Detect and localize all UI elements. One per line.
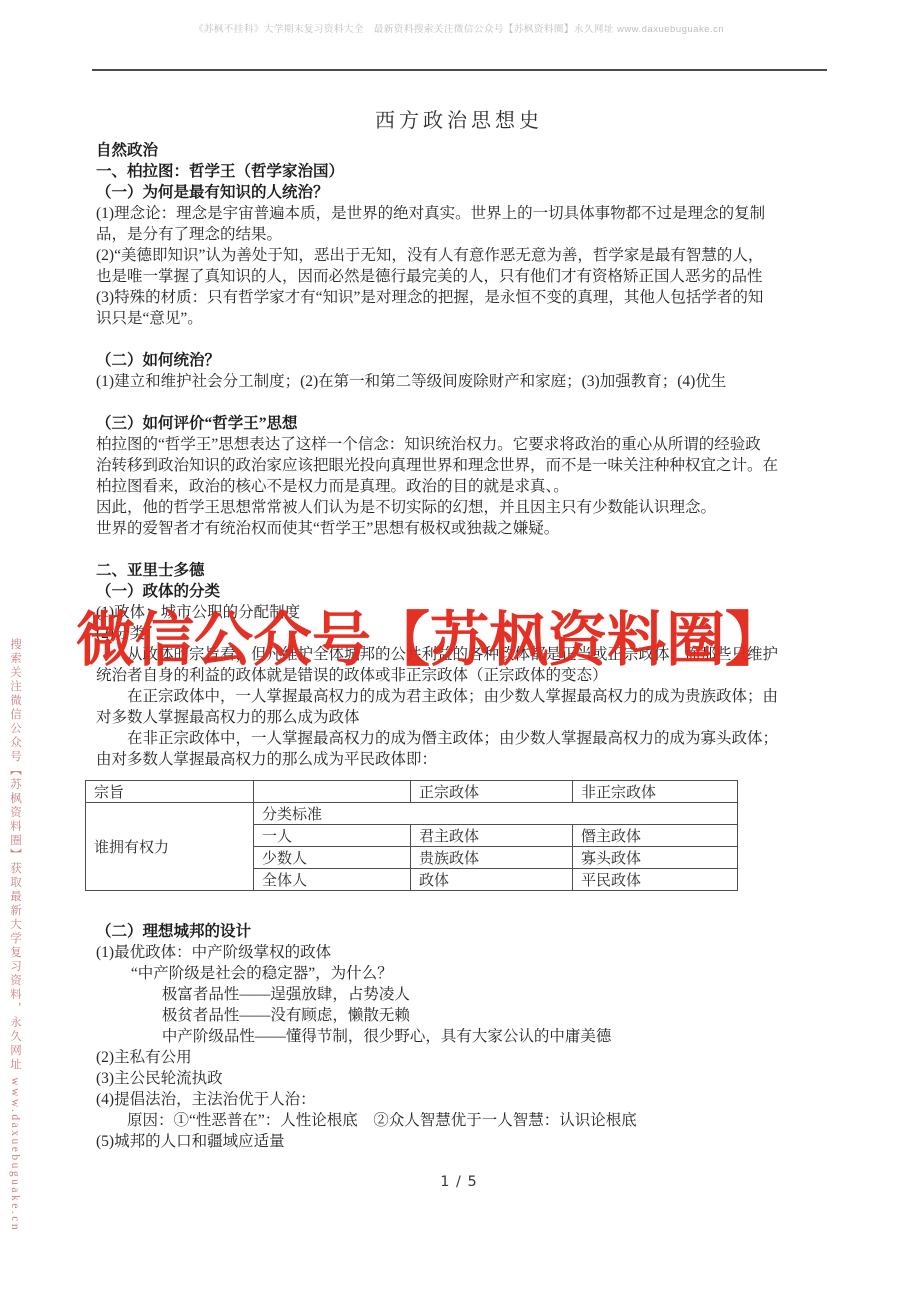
text-line: 柏拉图的“哲学王”思想表达了这样一个信念：知识统治权力。它要求将政治的重心从所谓… bbox=[96, 434, 836, 455]
text-line: (1)最优政体：中产阶级掌权的政体 bbox=[96, 942, 836, 963]
table-cell: 分类标准 bbox=[254, 803, 738, 825]
heading-line: （三）如何评价“哲学王”思想 bbox=[96, 413, 836, 434]
red-watermark: 微信公众号【苏枫资料圈】 bbox=[76, 592, 784, 677]
table-row: 谁拥有权力分类标准 bbox=[86, 803, 738, 825]
heading-line: （二）理想城邦的设计 bbox=[96, 921, 836, 942]
text-line: “中产阶级是社会的稳定器”，为什么？ bbox=[96, 963, 836, 984]
table-cell: 一人 bbox=[254, 825, 411, 847]
table-cell bbox=[254, 781, 411, 803]
text-line: (3)特殊的材质：只有哲学家才有“知识”是对理念的把握，是永恒不变的真理，其他人… bbox=[96, 287, 836, 308]
text-line: 在非正宗政体中，一人掌握最高权力的成为僭主政体；由少数人掌握最高权力的成为寡头政… bbox=[96, 728, 836, 749]
text-line: 也是唯一掌握了真知识的人，因而必然是德行最完美的人，只有他们才有资格矫正国人恶劣… bbox=[96, 266, 836, 287]
heading-line: 二、亚里士多德 bbox=[96, 560, 836, 581]
text-line: 极富者品性——逞强放肆，占势凌人 bbox=[96, 984, 836, 1005]
header-divider bbox=[92, 69, 827, 71]
text-line: 原因：①“性恶普在”：人性论根底 ②众人智慧优于一人智慧：认识论根底 bbox=[96, 1110, 836, 1131]
table-cell: 非正宗政体 bbox=[573, 781, 738, 803]
text-line: 柏拉图看来，政治的核心不是权力而是真理。政治的目的就是求真、。 bbox=[96, 476, 836, 497]
table-cell: 平民政体 bbox=[573, 869, 738, 891]
table-cell: 全体人 bbox=[254, 869, 411, 891]
table-cell: 贵族政体 bbox=[411, 847, 573, 869]
text-line: 在正宗政体中，一人掌握最高权力的成为君主政体；由少数人掌握最高权力的成为贵族政体… bbox=[96, 686, 836, 707]
table-cell: 宗旨 bbox=[86, 781, 254, 803]
document-header-note: 《苏枫不挂科》大学期末复习资料大全 最新资料搜索关注微信公众号【苏枫资料圈】永久… bbox=[0, 21, 918, 35]
heading-line: （二）如何统治？ bbox=[96, 350, 836, 371]
text-line: (4)提倡法治，主法治优于人治： bbox=[96, 1089, 836, 1110]
text-line: (3)主公民轮流执政 bbox=[96, 1068, 836, 1089]
table-cell: 政体 bbox=[411, 869, 573, 891]
text-line: (1)理念论：理念是宇宙普遍本质，是世界的绝对真实。世界上的一切具体事物都不过是… bbox=[96, 203, 836, 224]
side-vertical-watermark: 搜索关注微信公众号【苏枫资料圈】获取最新大学复习资料，永久网址 www.daxu… bbox=[7, 638, 23, 1232]
heading-line: 一、柏拉图：哲学王（哲学家治国） bbox=[96, 161, 836, 182]
table-cell: 僭主政体 bbox=[573, 825, 738, 847]
text-line: (5)城邦的人口和疆域应适量 bbox=[96, 1131, 836, 1152]
text-line: 品，是分有了理念的结果。 bbox=[96, 224, 836, 245]
text-line bbox=[96, 329, 836, 350]
doc-lines-bottom: （二）理想城邦的设计(1)最优政体：中产阶级掌权的政体 “中产阶级是社会的稳定器… bbox=[96, 921, 836, 1152]
text-line: (2)主私有公用 bbox=[96, 1047, 836, 1068]
text-line: 识只是“意见”。 bbox=[96, 308, 836, 329]
text-line: 因此，他的哲学王思想常常被人们认为是不切实际的幻想，并且因主只有少数能认识理念。 bbox=[96, 497, 836, 518]
politics-table: 宗旨正宗政体非正宗政体谁拥有权力分类标准一人君主政体僭主政体少数人贵族政体寡头政… bbox=[85, 780, 738, 891]
text-line bbox=[96, 539, 836, 560]
table-cell: 君主政体 bbox=[411, 825, 573, 847]
table-cell: 谁拥有权力 bbox=[86, 803, 254, 891]
text-line: 治转移到政治知识的政治家应该把眼光投向真理世界和理念世界，而不是一味关注种种权宜… bbox=[96, 455, 836, 476]
table-cell: 正宗政体 bbox=[411, 781, 573, 803]
text-line: 对多数人掌握最高权力的那么成为政体 bbox=[96, 707, 836, 728]
page-title: 西方政治思想史 bbox=[0, 104, 918, 133]
heading-line: （一）为何是最有知识的人统治？ bbox=[96, 182, 836, 203]
text-line: 极贫者品性——没有顾虑，懒散无赖 bbox=[96, 1005, 836, 1026]
text-line bbox=[96, 392, 836, 413]
table-cell: 少数人 bbox=[254, 847, 411, 869]
text-line: (2)“美德即知识”认为善处于知，恶出于无知，没有人有意作恶无意为善，哲学家是最… bbox=[96, 245, 836, 266]
page-number: 1 / 5 bbox=[0, 1174, 918, 1190]
heading-line: 自然政治 bbox=[96, 140, 836, 161]
table-cell: 寡头政体 bbox=[573, 847, 738, 869]
table-row: 宗旨正宗政体非正宗政体 bbox=[86, 781, 738, 803]
text-line: 由对多数人掌握最高权力的那么成为平民政体即： bbox=[96, 749, 836, 770]
text-line: (1)建立和维护社会分工制度；(2)在第一和第二等级间废除财产和家庭；(3)加强… bbox=[96, 371, 836, 392]
text-line: 中产阶级品性——懂得节制，很少野心，具有大家公认的中庸美德 bbox=[96, 1026, 836, 1047]
text-line: 世界的爱智者才有统治权而使其“哲学王”思想有极权或独裁之嫌疑。 bbox=[96, 518, 836, 539]
